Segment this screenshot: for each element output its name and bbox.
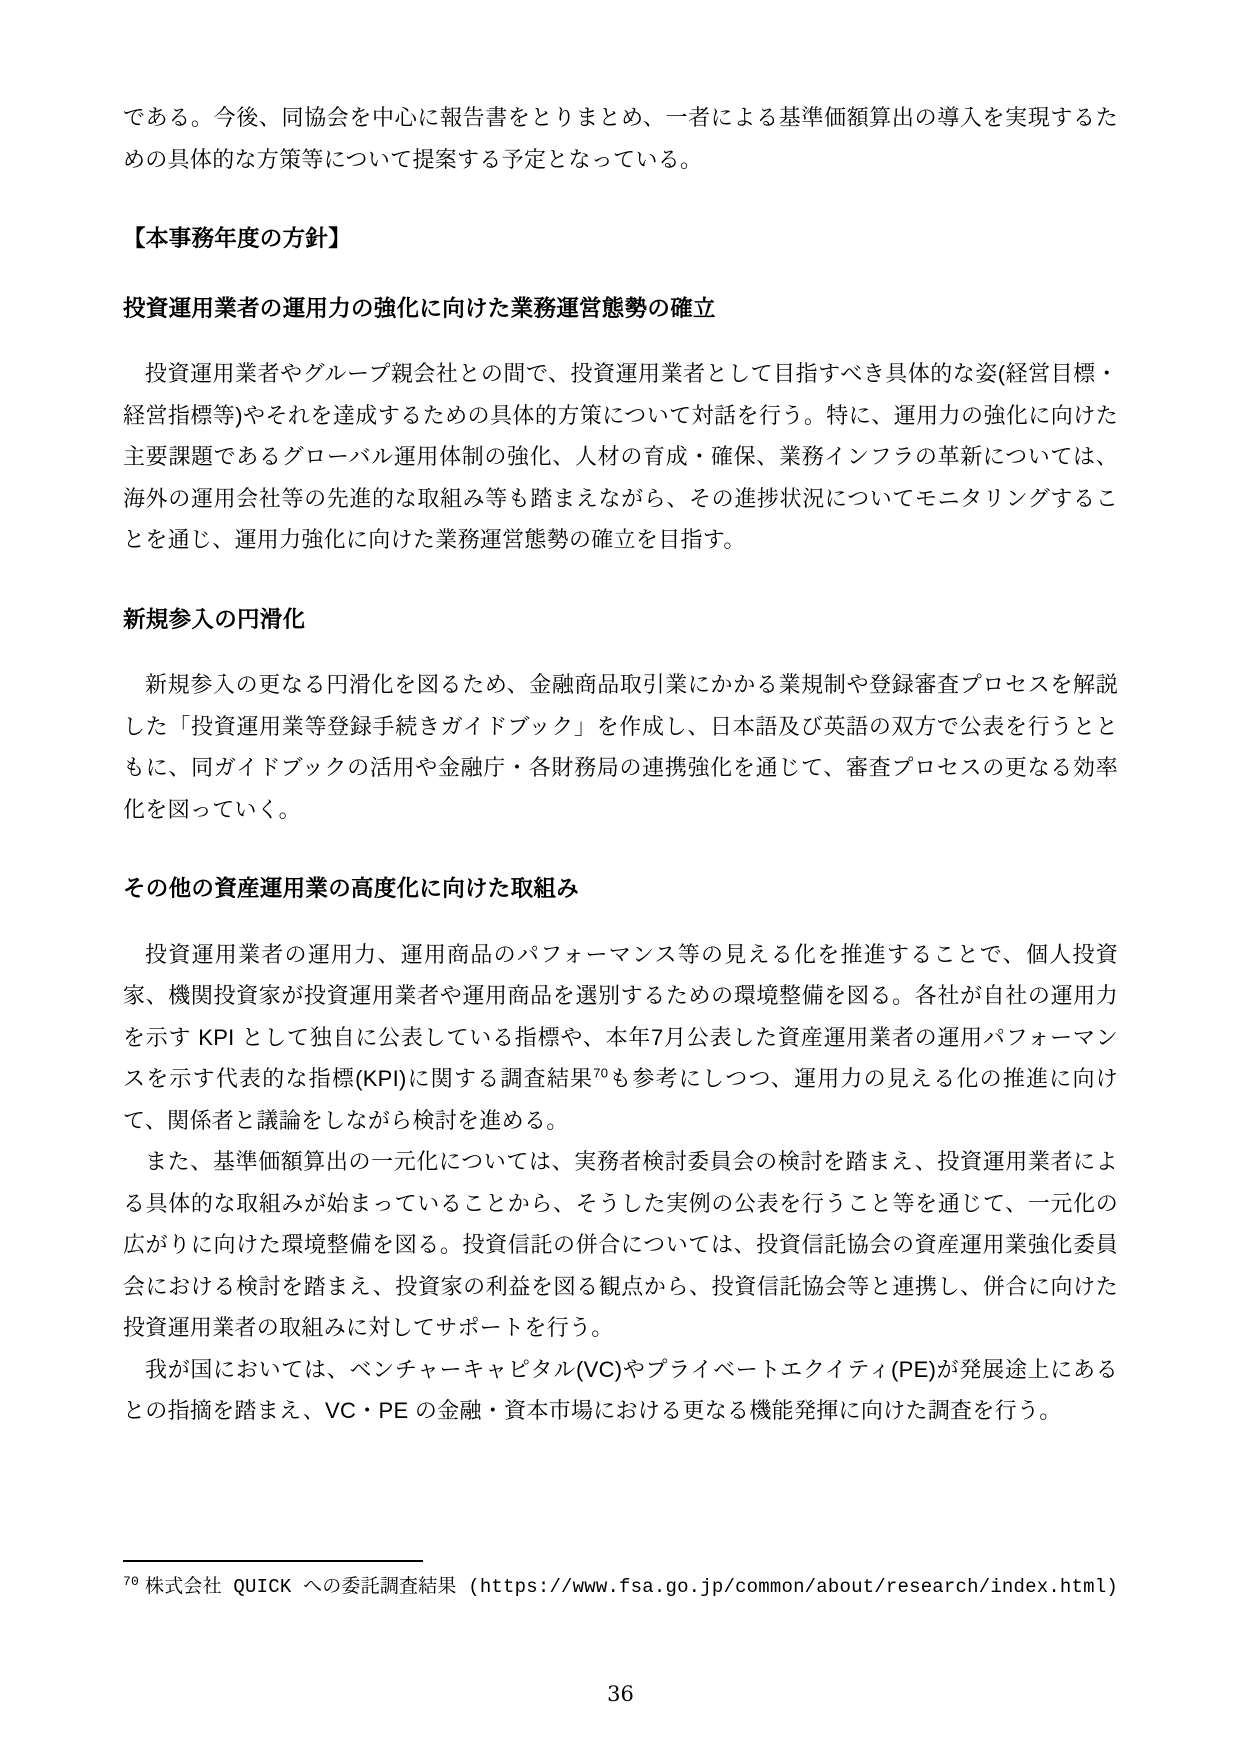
footnote-text: 株式会社 QUICK への委託調査結果 (https://www.fsa.go.… [145,1576,1118,1598]
section1-paragraph: 投資運用業者やグループ親会社との間で、投資運用業者として目指すべき具体的な姿(経… [123,353,1118,561]
continuation-paragraph: である。今後、同協会を中心に報告書をとりまとめ、一者による基準価額算出の導入を実… [123,97,1118,180]
footnote-reference-70: 70 [593,1066,608,1081]
page-number: 36 [0,1682,1241,1706]
footnote-separator [123,1560,423,1562]
section-heading-investment-managers: 投資運用業者の運用力の強化に向けた業務運営態勢の確立 [123,288,1118,330]
section2-paragraph: 新規参入の更なる円滑化を図るため、金融商品取引業にかかる業規制や登録審査プロセス… [123,664,1118,830]
section3-paragraph-3: 我が国においては、ベンチャーキャピタル(VC)やプライベートエクイティ(PE)が… [123,1349,1118,1432]
section3-paragraph-1: 投資運用業者の運用力、運用商品のパフォーマンス等の見える化を推進することで、個人… [123,934,1118,1142]
section3-paragraph-2: また、基準価額算出の一元化については、実務者検討委員会の検討を踏まえ、投資運用業… [123,1141,1118,1349]
annual-policy-heading: 【本事務年度の方針】 [123,218,1118,260]
footnote-area: 70株式会社 QUICK への委託調査結果 (https://www.fsa.g… [123,1560,1118,1602]
section-heading-new-entry: 新規参入の円滑化 [123,599,1118,641]
footnote-marker: 70 [123,1574,139,1589]
section-heading-other-initiatives: その他の資産運用業の高度化に向けた取組み [123,868,1118,910]
document-page: である。今後、同協会を中心に報告書をとりまとめ、一者による基準価額算出の導入を実… [0,0,1241,1754]
footnote-70: 70株式会社 QUICK への委託調査結果 (https://www.fsa.g… [123,1572,1118,1602]
page-content: である。今後、同協会を中心に報告書をとりまとめ、一者による基準価額算出の導入を実… [123,97,1118,1432]
